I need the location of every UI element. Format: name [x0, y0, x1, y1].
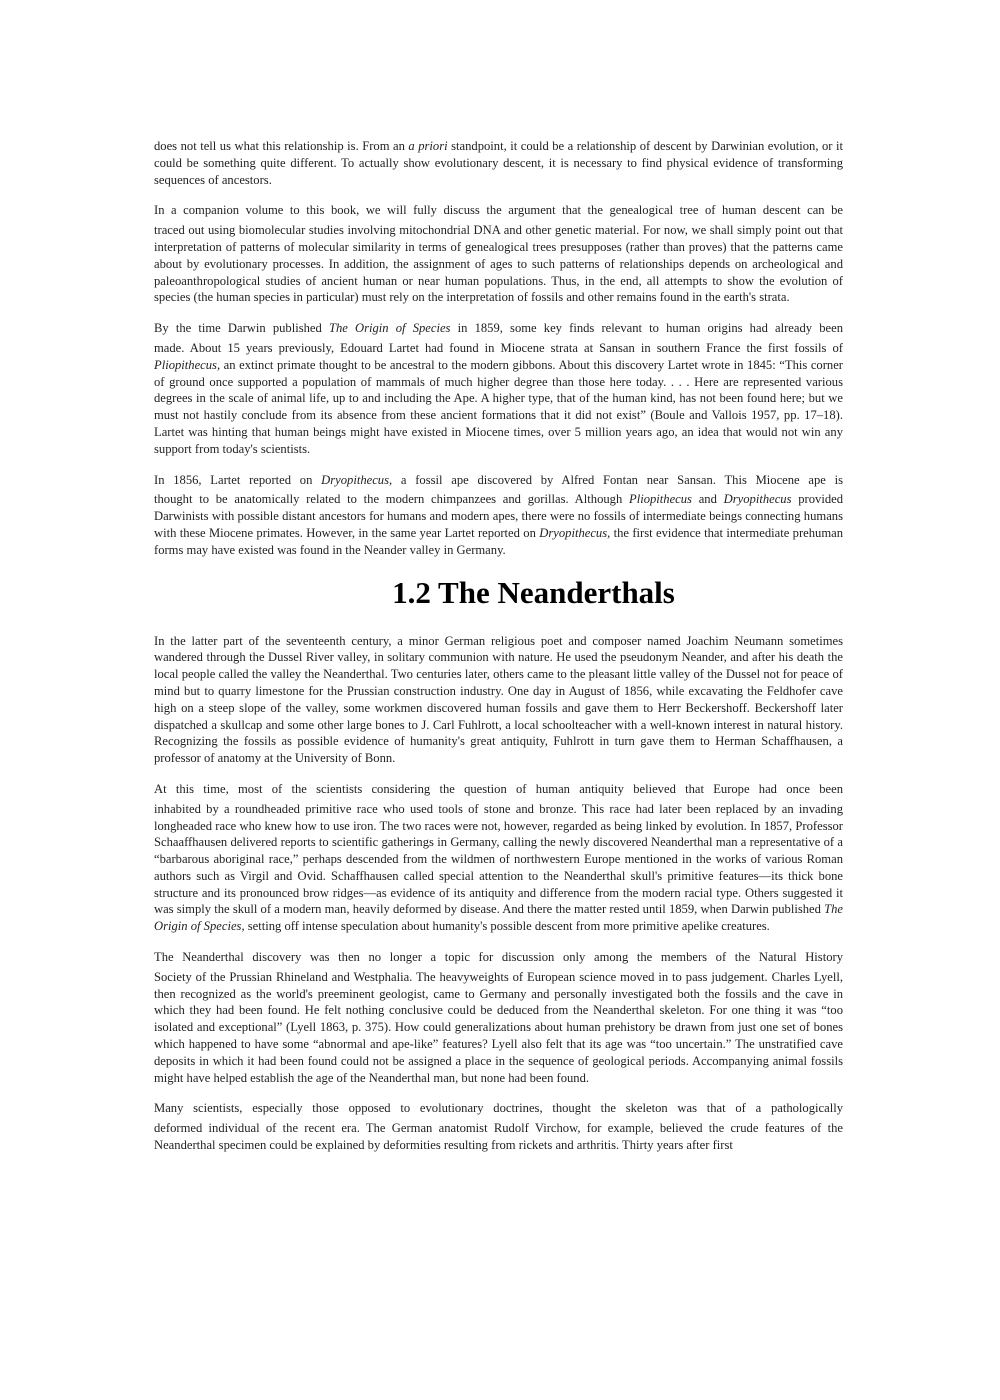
text-run: does not tell us what this relationship …	[154, 139, 408, 153]
text-run: setting off intense speculation about hu…	[245, 919, 770, 933]
document-page: does not tell us what this relationship …	[154, 138, 843, 1168]
italic-title: Pliopithecus	[629, 492, 692, 506]
text-run: deformed individual of the recent era. T…	[154, 1121, 843, 1152]
italic-title: Dryopithecus	[724, 492, 792, 506]
section-heading: 1.2 The Neanderthals	[154, 575, 843, 611]
paragraph-p8: Many scientists, especially those oppose…	[154, 1100, 843, 1153]
text-run: In 1856, Lartet reported on	[154, 473, 321, 487]
text-run: In the latter part of the seventeenth ce…	[154, 634, 843, 766]
body-text-after-heading: In the latter part of the seventeenth ce…	[154, 633, 843, 1154]
paragraph-p2: In a companion volume to this book, we w…	[154, 202, 843, 306]
paragraph-first-line: At this time, most of the scientists con…	[154, 781, 843, 798]
text-run: an extinct primate thought to be ancestr…	[154, 358, 843, 456]
paragraph-p1: does not tell us what this relationship …	[154, 138, 843, 188]
paragraph-first-line: By the time Darwin published The Origin …	[154, 320, 843, 337]
text-run: traced out using biomolecular studies in…	[154, 223, 843, 304]
italic-title: Dryopithecus,	[539, 526, 610, 540]
paragraph-p3: By the time Darwin published The Origin …	[154, 320, 843, 457]
paragraph-first-line: In a companion volume to this book, we w…	[154, 202, 843, 219]
paragraph-first-line: In 1856, Lartet reported on Dryopithecus…	[154, 472, 843, 489]
text-run: a fossil ape discovered by Alfred Fontan…	[392, 473, 843, 487]
paragraph-p5: In the latter part of the seventeenth ce…	[154, 633, 843, 767]
italic-title: a priori	[408, 139, 447, 153]
italic-title: Dryopithecus,	[321, 473, 392, 487]
text-run: and	[692, 492, 724, 506]
italic-title: The Origin of Species	[329, 321, 451, 335]
paragraph-p7: The Neanderthal discovery was then no lo…	[154, 949, 843, 1086]
text-run: in 1859, some key finds relevant to huma…	[450, 321, 843, 335]
italic-title: Pliopithecus,	[154, 358, 220, 372]
text-run: Society of the Prussian Rhineland and We…	[154, 970, 843, 1085]
body-text-before-heading: does not tell us what this relationship …	[154, 138, 843, 559]
paragraph-p4: In 1856, Lartet reported on Dryopithecus…	[154, 472, 843, 559]
text-run: By the time Darwin published	[154, 321, 329, 335]
paragraph-p6: At this time, most of the scientists con…	[154, 781, 843, 935]
paragraph-first-line: Many scientists, especially those oppose…	[154, 1100, 843, 1117]
text-run: inhabited by a roundheaded primitive rac…	[154, 802, 843, 917]
text-run: made. About 15 years previously, Edouard…	[154, 341, 843, 355]
text-run: thought to be anatomically related to th…	[154, 492, 629, 506]
paragraph-first-line: The Neanderthal discovery was then no lo…	[154, 949, 843, 966]
